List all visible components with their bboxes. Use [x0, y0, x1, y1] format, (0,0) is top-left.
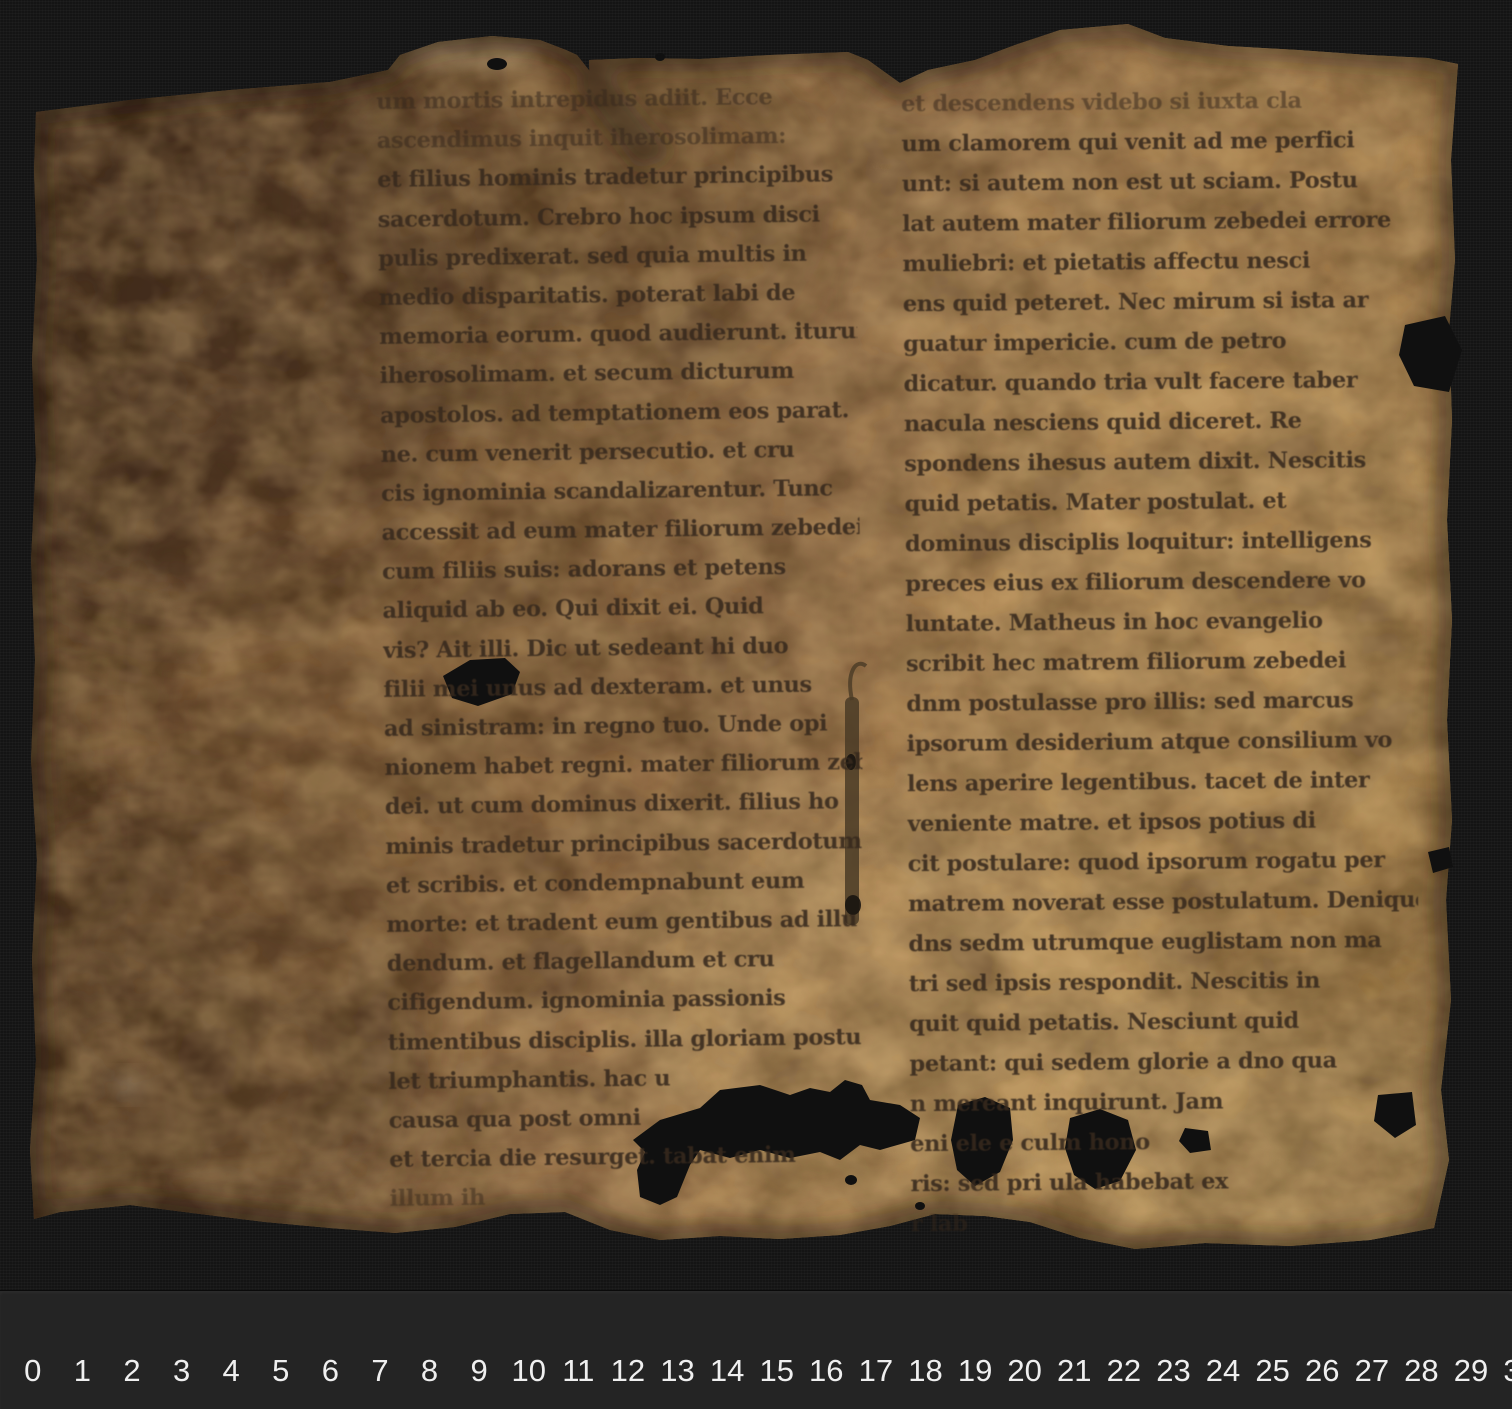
ruler-number: 28 — [1397, 1353, 1447, 1389]
manuscript-text-line: luntate. Matheus in hoc evangelio — [905, 600, 1415, 644]
manuscript-text-line: iherosolimam. et secum dicturum — [379, 351, 857, 396]
ruler-number: 2 — [107, 1353, 157, 1389]
manuscript-text-line: spondens ihesus autem dixit. Nescitis — [904, 440, 1414, 484]
ruler-number: 27 — [1347, 1353, 1397, 1389]
ruler-number: 12 — [603, 1353, 653, 1389]
ruler-number: 19 — [950, 1353, 1000, 1389]
manuscript-text-line: et tercia die resurget. tabat enim — [389, 1135, 867, 1180]
ruler-number: 25 — [1248, 1353, 1298, 1389]
ruler-number: 16 — [802, 1353, 852, 1389]
manuscript-left-column: um mortis intrepidus adiit. Ecceascendim… — [376, 77, 868, 1223]
manuscript-text-line: accessit ad eum mater filiorum zebedei — [381, 508, 859, 553]
manuscript-text-line: tri sed ipsis respondit. Nescitis in — [909, 960, 1419, 1004]
manuscript-text-line: cifigendum. ignominia passionis — [387, 978, 865, 1023]
manuscript-text-line: cit postulare: quod ipsorum rogatu per — [908, 840, 1418, 884]
manuscript-text-line: morte: et tradent eum gentibus ad illu — [386, 900, 864, 945]
ruler: 0123456789101112131415161718192021222324… — [0, 1290, 1512, 1409]
manuscript-text-line: sacerdotum. Crebro hoc ipsum disci — [377, 195, 855, 240]
manuscript-text-line: ad sinistram: in regno tuo. Unde opi — [384, 704, 862, 749]
manuscript-text-line: et descendens videbo si iuxta cla — [901, 80, 1411, 124]
manuscript-text-line: quit quid petatis. Nesciunt quid — [909, 1000, 1419, 1044]
manuscript-text-line: quid petatis. Mater postulat. et — [904, 480, 1414, 524]
manuscript-text-line: n mereant inquirunt. Jam — [910, 1080, 1420, 1124]
manuscript-text-line: causa qua post omni — [389, 1096, 867, 1141]
manuscript-text-line: filii mei unus ad dexteram. et unus — [383, 665, 861, 710]
manuscript-text-line: cis ignominia scandalizarentur. Tunc — [381, 469, 859, 514]
manuscript-text-line: dicatur. quando tria vult facere taber — [903, 360, 1413, 404]
manuscript-text-line: memoria eorum. quod audierunt. iturum — [379, 312, 857, 357]
ruler-number: 13 — [653, 1353, 703, 1389]
manuscript-text-line: um clamorem qui venit ad me perfici — [901, 120, 1411, 164]
manuscript-text-line: matrem noverat esse postulatum. Denique — [908, 880, 1418, 924]
manuscript-text-line: muliebri: et pietatis affectu nesci — [902, 240, 1412, 284]
ruler-number: 23 — [1149, 1353, 1199, 1389]
manuscript-right-column: et descendens videbo si iuxta claum clam… — [901, 80, 1421, 1249]
manuscript-text-line: dominus disciplis loquitur: intelligens — [905, 520, 1415, 564]
manuscript-text-line: r lab — [911, 1200, 1421, 1244]
manuscript-text-line: ipsorum desiderium atque consilium vo — [907, 720, 1417, 764]
ruler-number: 22 — [1099, 1353, 1149, 1389]
ruler-number: 14 — [702, 1353, 752, 1389]
ruler-number: 24 — [1198, 1353, 1248, 1389]
manuscript-text-line: petant: qui sedem glorie a dno qua — [909, 1040, 1419, 1084]
ruler-number: 17 — [851, 1353, 901, 1389]
ruler-number-row: 0123456789101112131415161718192021222324… — [8, 1353, 1512, 1389]
manuscript-text-line: pulis predixerat. sed quia multis in — [378, 234, 856, 279]
manuscript-text-line: ris: sed pri ula habebat ex — [910, 1160, 1420, 1204]
ruler-number: 5 — [256, 1353, 306, 1389]
manuscript-text-line: eni ele e culm hono — [910, 1120, 1420, 1164]
manuscript-text-line: guatur impericie. cum de petro — [903, 320, 1413, 364]
manuscript-text-line: dns sedm utrumque euglistam non ma — [908, 920, 1418, 964]
ruler-number: 15 — [752, 1353, 802, 1389]
ruler-number: 7 — [355, 1353, 405, 1389]
ruler-number: 6 — [306, 1353, 356, 1389]
manuscript-photo: um mortis intrepidus adiit. Ecceascendim… — [0, 0, 1512, 1290]
manuscript-text-line: et filius hominis tradetur principibus — [377, 155, 855, 200]
ruler-number: 30 — [1496, 1353, 1512, 1389]
manuscript-text-line: scribit hec matrem filiorum zebedei — [906, 640, 1416, 684]
manuscript-text-line: veniente matre. et ipsos potius di — [907, 800, 1417, 844]
ruler-number: 26 — [1297, 1353, 1347, 1389]
manuscript-text-line: et scribis. et condempnabunt eum — [386, 861, 864, 906]
manuscript-text-line: nionem habet regni. mater filiorum zebe — [384, 743, 862, 788]
manuscript-text-line: ens quid peteret. Nec mirum si ista ar — [903, 280, 1413, 324]
manuscript-text-line: dnm postulasse pro illis: sed marcus — [906, 680, 1416, 724]
manuscript-text-line: lat autem mater filiorum zebedei errore — [902, 200, 1412, 244]
ruler-number: 8 — [405, 1353, 455, 1389]
manuscript-text-line: preces eius ex filiorum descendere vo — [905, 560, 1415, 604]
ruler-number: 1 — [58, 1353, 108, 1389]
manuscript-text-line: apostolos. ad temptationem eos parat. — [380, 391, 858, 436]
manuscript-text-line: dei. ut cum dominus dixerit. filius ho — [385, 782, 863, 827]
ruler-number: 11 — [554, 1353, 604, 1389]
manuscript-text-line: medio disparitatis. poterat labi de — [378, 273, 856, 318]
manuscript-text-line: minis tradetur principibus sacerdotum — [385, 822, 863, 867]
ruler-number: 18 — [901, 1353, 951, 1389]
manuscript-text-line: nacula nesciens quid diceret. Re — [904, 400, 1414, 444]
manuscript-text-line: unt: si autem non est ut sciam. Postu — [902, 160, 1412, 204]
manuscript-text-line: ne. cum venerit persecutio. et cru — [380, 430, 858, 475]
ruler-number: 9 — [454, 1353, 504, 1389]
manuscript-text-line: timentibus disciplis. illa gloriam postu — [388, 1018, 866, 1063]
manuscript-text-line: aliquid ab eo. Qui dixit ei. Quid — [382, 587, 860, 632]
manuscript-text-line: ascendimus inquit iherosolimam: — [377, 116, 855, 161]
manuscript-text-line: vis? Ait illi. Dic ut sedeant hi duo — [383, 626, 861, 671]
manuscript-text-line: cum filiis suis: adorans et petens — [382, 547, 860, 592]
ruler-number: 10 — [504, 1353, 554, 1389]
ruler-number: 21 — [1049, 1353, 1099, 1389]
ruler-number: 29 — [1446, 1353, 1496, 1389]
manuscript-text-line: dendum. et flagellandum et cru — [387, 939, 865, 984]
hole — [655, 53, 665, 61]
manuscript-text-line: um mortis intrepidus adiit. Ecce — [376, 77, 854, 122]
ruler-number: 0 — [8, 1353, 58, 1389]
ruler-number: 4 — [206, 1353, 256, 1389]
manuscript-text-line: lens aperire legentibus. tacet de inter — [907, 760, 1417, 804]
manuscript-text-line: illum ih — [389, 1174, 867, 1219]
hole — [487, 58, 507, 70]
ruler-number: 3 — [157, 1353, 207, 1389]
ruler-number: 20 — [1000, 1353, 1050, 1389]
manuscript-text-line: let triumphantis. hac u — [388, 1057, 866, 1102]
